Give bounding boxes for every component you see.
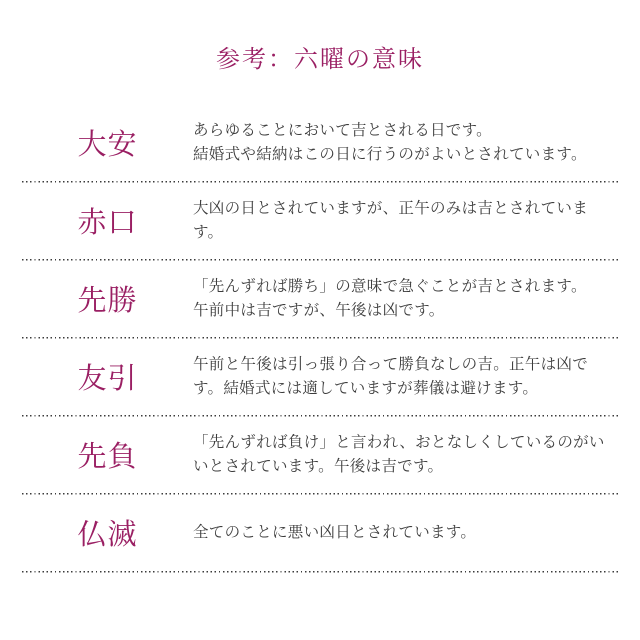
rokuyou-reference-page: 参考：六曜の意味 大安 あらゆることにおいて吉とされる日です。 結婚式や結納はこ… <box>0 0 640 640</box>
page-title: 参考：六曜の意味 <box>0 0 640 75</box>
rokuyou-row-senbu: 先負 「先んずれば負け」と言われ、おとなしくしているのがい いとされています。午… <box>22 417 618 493</box>
rokuyou-description: 「先んずれば勝ち」の意味で急ぐことが吉とされます。 午前中は吉ですが、午後は凶で… <box>193 275 618 323</box>
rokuyou-description: 全てのことに悪い凶日とされています。 <box>193 521 618 545</box>
dotted-divider <box>22 571 618 573</box>
rokuyou-description: 「先んずれば負け」と言われ、おとなしくしているのがい いとされています。午後は吉… <box>193 431 618 479</box>
rokuyou-table: 大安 あらゆることにおいて吉とされる日です。 結婚式や結納はこの日に行うのがよい… <box>22 105 618 573</box>
rokuyou-description: あらゆることにおいて吉とされる日です。 結婚式や結納はこの日に行うのがよいとされ… <box>193 119 618 167</box>
rokuyou-term: 先負 <box>22 434 193 475</box>
rokuyou-row-taian: 大安 あらゆることにおいて吉とされる日です。 結婚式や結納はこの日に行うのがよい… <box>22 105 618 181</box>
rokuyou-row-tomobiki: 友引 午前と午後は引っ張り合って勝負なしの吉。正午は凶で す。結婚式には適してい… <box>22 339 618 415</box>
rokuyou-term: 大安 <box>22 122 193 163</box>
rokuyou-term: 仏滅 <box>22 512 193 553</box>
rokuyou-term: 先勝 <box>22 278 193 319</box>
rokuyou-row-senshou: 先勝 「先んずれば勝ち」の意味で急ぐことが吉とされます。 午前中は吉ですが、午後… <box>22 261 618 337</box>
rokuyou-row-shakkou: 赤口 大凶の日とされていますが、正午のみは吉とされていま す。 <box>22 183 618 259</box>
rokuyou-row-butsumetsu: 仏滅 全てのことに悪い凶日とされています。 <box>22 495 618 571</box>
rokuyou-description: 大凶の日とされていますが、正午のみは吉とされていま す。 <box>193 197 618 245</box>
rokuyou-term: 友引 <box>22 356 193 397</box>
rokuyou-description: 午前と午後は引っ張り合って勝負なしの吉。正午は凶で す。結婚式には適していますが… <box>193 353 618 401</box>
rokuyou-term: 赤口 <box>22 200 193 241</box>
